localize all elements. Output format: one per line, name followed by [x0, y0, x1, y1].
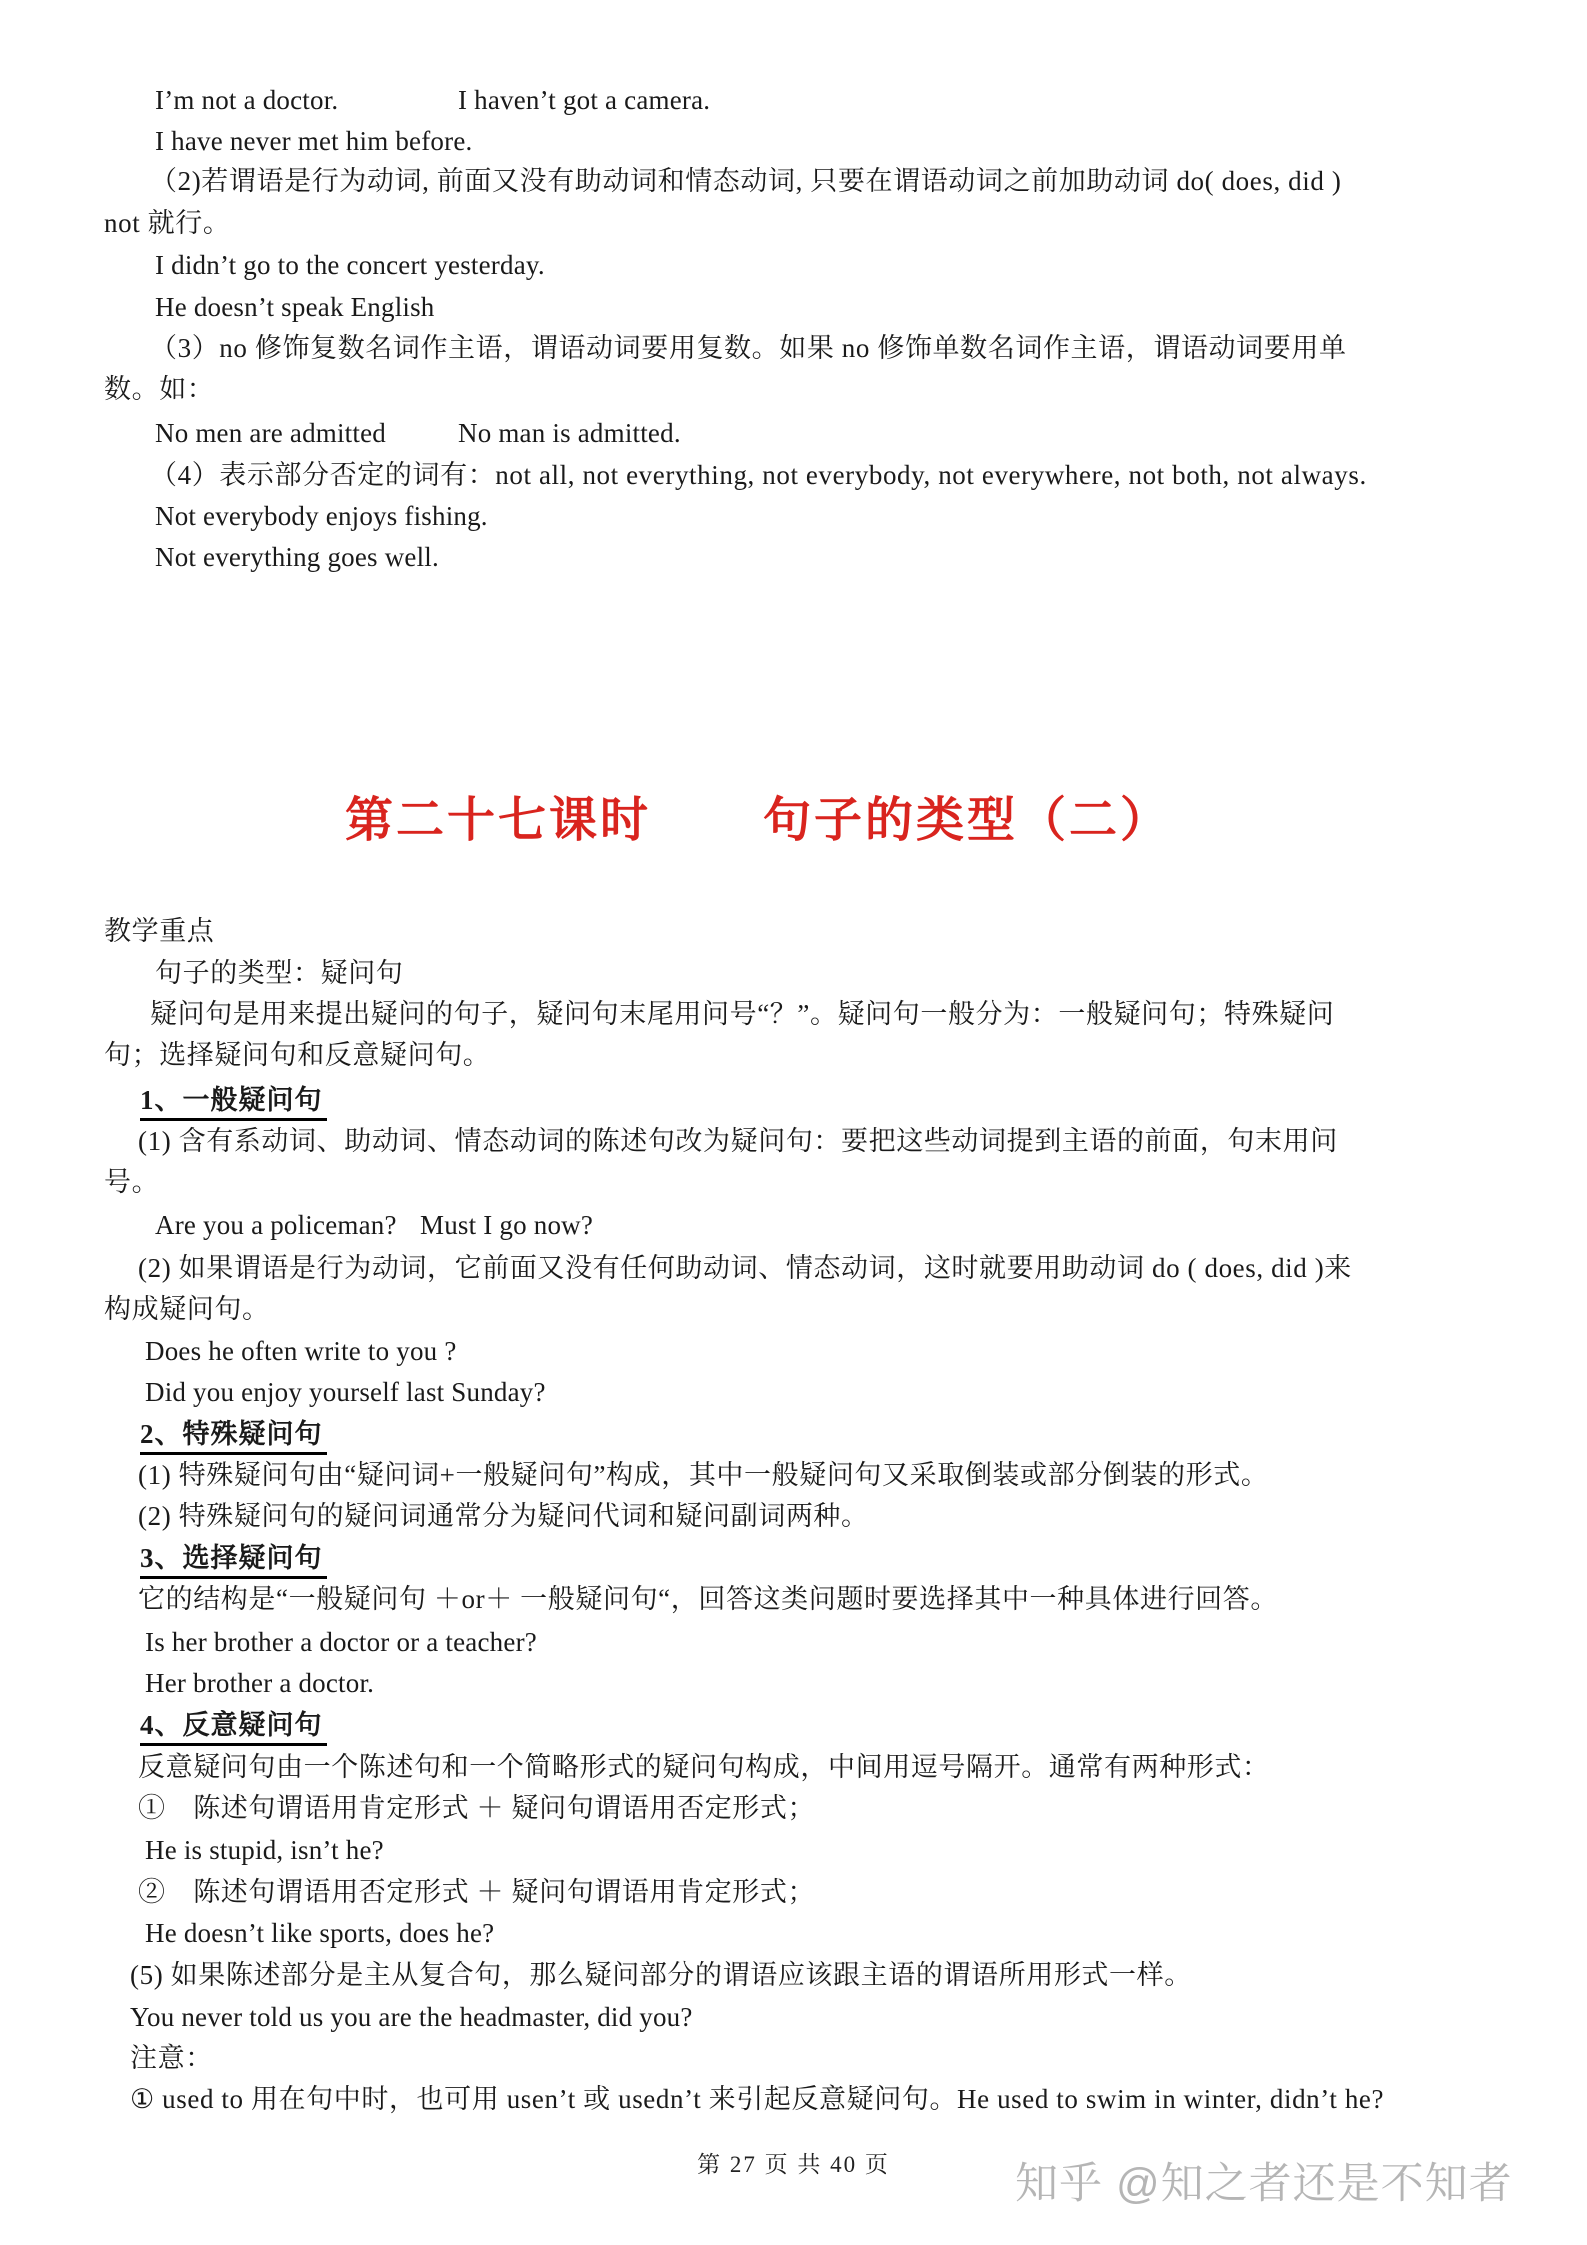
text-line: (5) 如果陈述部分是主从复合句，那么疑问部分的谓语应该跟主语的谓语所用形式一样… [130, 1960, 1192, 1991]
text-line: 句；选择疑问句和反意疑问句。 [104, 1040, 490, 1071]
line-text: I didn’t go to the concert yesterday. [155, 250, 545, 280]
text-line: （3）no 修饰复数名词作主语，谓语动词要用复数。如果 no 修饰单数名词作主语… [150, 333, 1347, 364]
text-line: Is her brother a doctor or a teacher? [145, 1627, 537, 1658]
text-line: He is stupid, isn’t he? [145, 1835, 384, 1866]
line-text: 2、特殊疑问句 [140, 1419, 323, 1449]
text-line: 疑问句是用来提出疑问的句子，疑问句末尾用问号“？”。疑问句一般分为：一般疑问句；… [150, 999, 1334, 1030]
text-line: I have never met him before. [155, 126, 472, 157]
line-text: （2)若谓语是行为动词, 前面又没有助动词和情态动词, 只要在谓语动词之前加助动… [150, 166, 1341, 196]
line-text: （4）表示部分否定的词有：not all, not everything, no… [150, 460, 1367, 490]
text-line: Not everything goes well. [155, 542, 439, 573]
line-text: Are you a policeman? [155, 1210, 397, 1240]
text-line: 它的结构是“一般疑问句 ＋or＋ 一般疑问句“，回答这类问题时要选择其中一种具体… [138, 1584, 1278, 1615]
line-text: No men are admitted [155, 418, 386, 448]
text-line: 注意： [130, 2043, 213, 2074]
line-text: (2) 特殊疑问句的疑问词通常分为疑问代词和疑问副词两种。 [138, 1501, 869, 1531]
section-subheading: 2、特殊疑问句 [140, 1419, 327, 1455]
text-line: （2)若谓语是行为动词, 前面又没有助动词和情态动词, 只要在谓语动词之前加助动… [150, 166, 1341, 197]
text-line: (2) 特殊疑问句的疑问词通常分为疑问代词和疑问副词两种。 [138, 1501, 869, 1532]
line-text: 注意： [130, 2043, 213, 2073]
line-text-col2: Must I go now? [420, 1210, 593, 1241]
text-line: ① used to 用在句中时，也可用 usen’t 或 usedn’t 来引起… [130, 2084, 1384, 2115]
line-text: (1) 含有系动词、助动词、情态动词的陈述句改为疑问句：要把这些动词提到主语的前… [138, 1126, 1338, 1156]
line-text: You never told us you are the headmaster… [130, 2002, 693, 2032]
text-line: 句子的类型：疑问句 [155, 958, 403, 989]
line-text: Does he often write to you ? [145, 1336, 457, 1366]
line-text: 疑问句是用来提出疑问的句子，疑问句末尾用问号“？”。疑问句一般分为：一般疑问句；… [150, 999, 1334, 1029]
text-line: I’m not a doctor.I haven’t got a camera. [155, 85, 338, 116]
line-text: not 就行。 [104, 208, 230, 238]
document-page: 第二十七课时句子的类型（二） 第 27 页 共 40 页 知乎 @知之者还是不知… [0, 0, 1587, 2245]
line-text: Not everybody enjoys fishing. [155, 501, 488, 531]
line-text: I’m not a doctor. [155, 85, 338, 115]
line-text: ① 陈述句谓语用肯定形式 ＋ 疑问句谓语用否定形式； [138, 1793, 815, 1823]
lesson-title: 句子的类型（二） [763, 794, 1171, 847]
section-subheading: 1、一般疑问句 [140, 1085, 327, 1121]
line-text: He is stupid, isn’t he? [145, 1835, 384, 1865]
line-text: I have never met him before. [155, 126, 472, 156]
text-line: (1) 含有系动词、助动词、情态动词的陈述句改为疑问句：要把这些动词提到主语的前… [138, 1126, 1338, 1157]
line-text: 1、一般疑问句 [140, 1085, 323, 1115]
text-line: 教学重点 [104, 916, 214, 947]
line-text: ① used to 用在句中时，也可用 usen’t 或 usedn’t 来引起… [130, 2084, 1384, 2114]
text-line: 构成疑问句。 [104, 1294, 270, 1325]
text-line: （4）表示部分否定的词有：not all, not everything, no… [150, 460, 1367, 491]
text-line: Did you enjoy yourself last Sunday? [145, 1377, 546, 1408]
text-line: He doesn’t speak English [155, 292, 435, 323]
text-line: 数。如： [104, 374, 214, 405]
line-text: 反意疑问句由一个陈述句和一个简略形式的疑问句构成，中间用逗号隔开。通常有两种形式… [138, 1752, 1270, 1782]
line-text: 号。 [104, 1167, 159, 1197]
line-text: He doesn’t speak English [155, 292, 435, 322]
line-text: Did you enjoy yourself last Sunday? [145, 1377, 546, 1407]
line-text: (5) 如果陈述部分是主从复合句，那么疑问部分的谓语应该跟主语的谓语所用形式一样… [130, 1960, 1192, 1990]
line-text: Not everything goes well. [155, 542, 439, 572]
text-line: 反意疑问句由一个陈述句和一个简略形式的疑问句构成，中间用逗号隔开。通常有两种形式… [138, 1752, 1270, 1783]
text-line: (1) 特殊疑问句由“疑问词+一般疑问句”构成，其中一般疑问句又采取倒装或部分倒… [138, 1460, 1268, 1491]
text-line: not 就行。 [104, 208, 230, 239]
zhihu-watermark: 知乎 @知之者还是不知者 [1015, 2150, 1513, 2211]
text-line: He doesn’t like sports, does he? [145, 1918, 494, 1949]
line-text: 句子的类型：疑问句 [155, 958, 403, 988]
line-text-col2: No man is admitted. [458, 418, 681, 449]
section-subheading: 3、选择疑问句 [140, 1543, 327, 1579]
text-line: I didn’t go to the concert yesterday. [155, 250, 545, 281]
line-text: Her brother a doctor. [145, 1668, 374, 1698]
lesson-heading: 第二十七课时句子的类型（二） [345, 795, 1171, 848]
section-subheading: 4、反意疑问句 [140, 1710, 327, 1746]
line-text: He doesn’t like sports, does he? [145, 1918, 494, 1948]
lesson-number: 第二十七课时 [345, 794, 651, 847]
line-text: （3）no 修饰复数名词作主语，谓语动词要用复数。如果 no 修饰单数名词作主语… [150, 333, 1347, 363]
text-line: ① 陈述句谓语用肯定形式 ＋ 疑问句谓语用否定形式； [138, 1793, 815, 1824]
text-line: Are you a policeman?Must I go now? [155, 1210, 397, 1241]
text-line: You never told us you are the headmaster… [130, 2002, 693, 2033]
line-text: 3、选择疑问句 [140, 1543, 323, 1573]
text-line: Her brother a doctor. [145, 1668, 374, 1699]
line-text: Is her brother a doctor or a teacher? [145, 1627, 537, 1657]
text-line: Not everybody enjoys fishing. [155, 501, 488, 532]
line-text: 句；选择疑问句和反意疑问句。 [104, 1040, 490, 1070]
line-text: 数。如： [104, 374, 214, 404]
text-line: 号。 [104, 1167, 159, 1198]
line-text: (2) 如果谓语是行为动词，它前面又没有任何助动词、情态动词，这时就要用助动词 … [138, 1253, 1352, 1283]
line-text-col2: I haven’t got a camera. [458, 85, 710, 116]
text-line: ② 陈述句谓语用否定形式 ＋ 疑问句谓语用肯定形式； [138, 1877, 815, 1908]
line-text: 它的结构是“一般疑问句 ＋or＋ 一般疑问句“，回答这类问题时要选择其中一种具体… [138, 1584, 1278, 1614]
text-line: (2) 如果谓语是行为动词，它前面又没有任何助动词、情态动词，这时就要用助动词 … [138, 1253, 1352, 1284]
text-line: Does he often write to you ? [145, 1336, 457, 1367]
text-line: No men are admittedNo man is admitted. [155, 418, 386, 449]
line-text: ② 陈述句谓语用否定形式 ＋ 疑问句谓语用肯定形式； [138, 1877, 815, 1907]
line-text: 4、反意疑问句 [140, 1710, 323, 1740]
line-text: 构成疑问句。 [104, 1294, 270, 1324]
line-text: 教学重点 [104, 916, 214, 946]
line-text: (1) 特殊疑问句由“疑问词+一般疑问句”构成，其中一般疑问句又采取倒装或部分倒… [138, 1460, 1268, 1490]
